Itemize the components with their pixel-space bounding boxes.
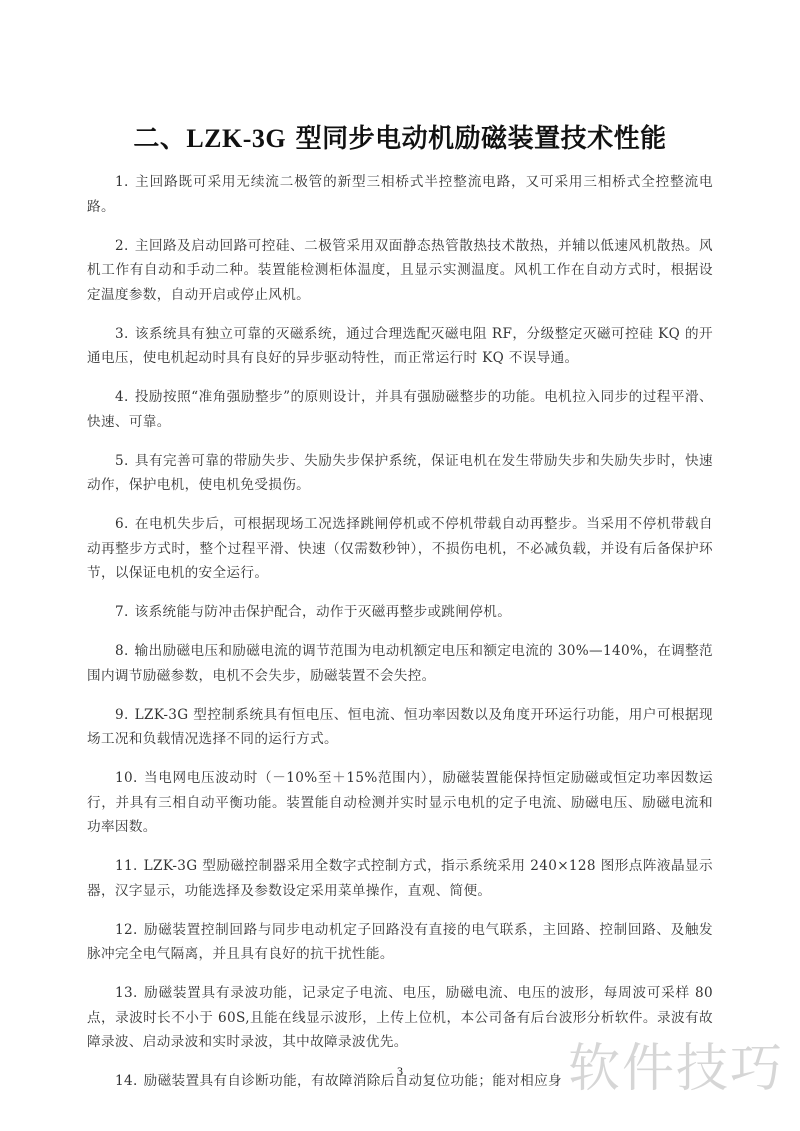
spec-item: 9.LZK-3G 型控制系统具有恒电压、恒电流、恒功率因数以及角度开环运行功能，… [87,703,713,752]
item-number: 13. [115,985,138,1001]
spec-item: 10.当电网电压波动时（－10%至＋15%范围内），励磁装置能保持恒定励磁或恒定… [87,766,713,840]
item-text: 具有完善可靠的带励失步、失励失步保护系统，保证电机在发生带励失步和失励失步时，快… [87,453,713,494]
item-text: LZK-3G 型励磁控制器采用全数字式控制方式，指示系统采用 240×128 图… [87,858,713,899]
spec-item: 6.在电机失步后，可根据现场工况选择跳闸停机或不停机带载自动再整步。当采用不停机… [87,512,713,586]
title-model: LZK-3G [186,124,286,153]
spec-item: 3.该系统具有独立可靠的灭磁系统，通过合理选配灭磁电阻 RF，分级整定灭磁可控硅… [87,322,713,371]
item-text: 主回路及启动回路可控硅、二极管采用双面静态热管散热技术散热，并辅以低速风机散热。… [87,238,713,303]
page-title: 二、LZK-3G 型同步电动机励磁装置技术性能 [0,118,800,155]
item-number: 12. [115,922,138,938]
item-text: 该系统能与防冲击保护配合，动作于灭磁再整步或跳闸停机。 [135,604,511,620]
spec-item: 2.主回路及启动回路可控硅、二极管采用双面静态热管散热技术散热，并辅以低速风机散… [87,234,713,308]
item-number: 3. [115,326,129,342]
document-page: 二、LZK-3G 型同步电动机励磁装置技术性能 1.主回路既可采用无续流二极管的… [0,0,800,1131]
spec-item: 5.具有完善可靠的带励失步、失励失步保护系统，保证电机在发生带励失步和失励失步时… [87,449,713,498]
spec-item: 7.该系统能与防冲击保护配合，动作于灭磁再整步或跳闸停机。 [87,600,713,625]
item-number: 10. [115,770,138,786]
item-text: 输出励磁电压和励磁电流的调节范围为电动机额定电压和额定电流的 30%—140%，… [87,643,713,684]
item-text: 励磁装置控制回路与同步电动机定子回路没有直接的电气联系，主回路、控制回路、及触发… [87,922,713,963]
item-number: 1. [115,174,129,190]
item-text: 投励按照“准角强励整步”的原则设计，并具有强励磁整步的功能。电机拉入同步的过程平… [87,389,713,430]
item-number: 2. [115,238,129,254]
spec-item: 4.投励按照“准角强励整步”的原则设计，并具有强励磁整步的功能。电机拉入同步的过… [87,385,713,434]
item-number: 6. [115,516,129,532]
item-number: 4. [115,389,129,405]
item-text: 主回路既可采用无续流二极管的新型三相桥式半控整流电路，又可采用三相桥式全控整流电… [87,174,713,215]
item-text: LZK-3G 型控制系统具有恒电压、恒电流、恒功率因数以及角度开环运行功能，用户… [87,707,713,748]
item-number: 11. [115,858,138,874]
watermark: 软件技巧 [568,1026,784,1101]
spec-item: 11.LZK-3G 型励磁控制器采用全数字式控制方式，指示系统采用 240×12… [87,854,713,903]
spec-item: 8.输出励磁电压和励磁电流的调节范围为电动机额定电压和额定电流的 30%—140… [87,639,713,688]
spec-list: 1.主回路既可采用无续流二极管的新型三相桥式半控整流电路，又可采用三相桥式全控整… [87,170,713,1108]
title-suffix: 型同步电动机励磁装置技术性能 [286,124,667,154]
title-prefix: 二、 [133,124,186,154]
item-text: 在电机失步后，可根据现场工况选择跳闸停机或不停机带载自动再整步。当采用不停机带载… [87,516,713,581]
item-text: 该系统具有独立可靠的灭磁系统，通过合理选配灭磁电阻 RF，分级整定灭磁可控硅 K… [87,326,713,367]
spec-item: 1.主回路既可采用无续流二极管的新型三相桥式半控整流电路，又可采用三相桥式全控整… [87,170,713,219]
item-text: 当电网电压波动时（－10%至＋15%范围内），励磁装置能保持恒定励磁或恒定功率因… [87,770,713,835]
item-number: 8. [115,643,129,659]
item-number: 9. [115,707,129,723]
item-number: 5. [115,453,129,469]
spec-item: 12.励磁装置控制回路与同步电动机定子回路没有直接的电气联系，主回路、控制回路、… [87,918,713,967]
item-number: 7. [115,604,129,620]
